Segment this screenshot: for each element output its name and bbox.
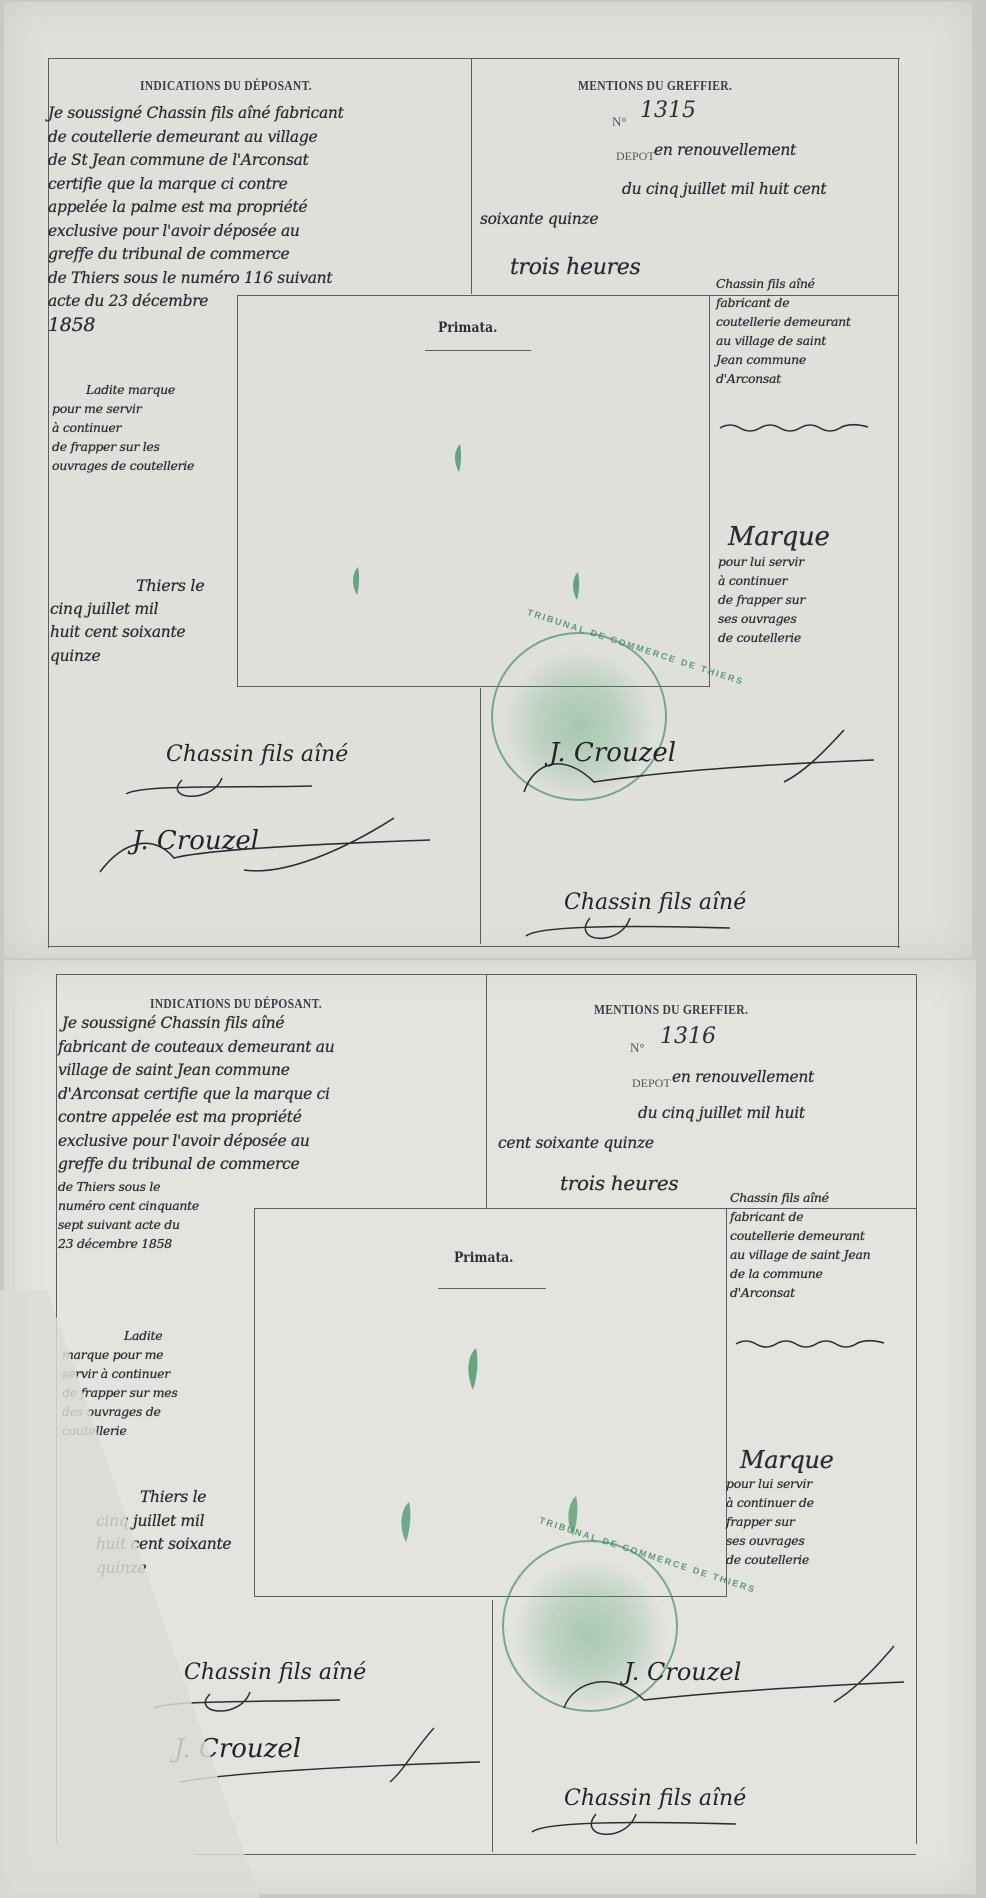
signature-flourish: [520, 908, 740, 948]
signature-chassin: Chassin fils aîné: [184, 1660, 366, 1685]
date-text-block: Thiers le cinq juillet mil huit cent soi…: [50, 574, 185, 668]
signature-chassin: Chassin fils aîné: [166, 742, 348, 767]
register-page-top: INDICATIONS DU DÉPOSANT. MENTIONS DU GRE…: [4, 2, 972, 958]
greffier-side-line: coutellerie demeurant: [716, 312, 851, 331]
deposant-line: numéro cent cinquante: [58, 1196, 334, 1215]
greffier-side-line: Chassin fils aîné: [716, 274, 851, 293]
depot-label: DEPOT: [632, 1076, 671, 1091]
date-line: Thiers le: [140, 1486, 275, 1510]
deposant-text-block: Je soussigné Chassin fils aîné fabricant…: [58, 1012, 334, 1253]
greffier-side-line: de la commune: [730, 1264, 870, 1283]
greffier-side-block: Chassin fils aîné fabricant de couteller…: [716, 274, 851, 388]
greffier-side-line: fabricant de: [730, 1207, 870, 1226]
specimen-box-left: [254, 1208, 255, 1596]
deposant-line: appelée la palme est ma propriété: [48, 196, 344, 220]
deposant-line: greffe du tribunal de commerce: [48, 243, 344, 267]
depot-line-3: soixante quinze: [480, 208, 598, 232]
specimen-box-left: [237, 295, 238, 687]
greffier-marque-line: Marque: [728, 522, 830, 552]
greffier-side-line: d'Arconsat: [716, 369, 851, 388]
specimen-box-right: [709, 295, 710, 687]
usage-line: Ladite: [124, 1326, 239, 1345]
signature-flourish: [122, 770, 322, 804]
usage-line: à continuer: [52, 418, 194, 437]
frame-right-rule: [916, 974, 917, 1844]
numero-label: N°: [612, 114, 627, 130]
heure-text: trois heures: [560, 1172, 678, 1196]
palm-mark-icon: [464, 1346, 482, 1394]
palm-mark-icon: [349, 565, 365, 599]
date-line: cinq juillet mil: [50, 598, 185, 622]
deposant-heading: INDICATIONS DU DÉPOSANT.: [140, 78, 312, 94]
date-line: quinze: [50, 645, 185, 669]
deposant-line: village de saint Jean commune: [58, 1059, 334, 1083]
deposant-text-block: Je soussigné Chassin fils aîné fabricant…: [48, 102, 344, 337]
deposant-line: exclusive pour l'avoir déposée au: [48, 220, 344, 244]
heure-text: trois heures: [510, 256, 641, 280]
deposant-line: de Thiers sous le numéro 116 suivant: [48, 267, 344, 291]
greffier-marque-line: ses ouvrages: [718, 609, 820, 628]
greffier-marque-line: pour lui servir: [718, 552, 820, 571]
deposant-line: Je soussigné Chassin fils aîné fabricant: [48, 102, 344, 126]
deposant-line: 23 décembre 1858: [58, 1234, 334, 1253]
date-line: huit cent soixante: [50, 621, 185, 645]
greffier-side-line: Jean commune: [716, 350, 851, 369]
deposant-line: contre appelée est ma propriété: [58, 1106, 334, 1130]
depot-line-2: du cinq juillet mil huit: [638, 1102, 805, 1126]
numero-value: 1315: [640, 98, 696, 123]
usage-line: servir à continuer: [62, 1364, 177, 1383]
wavy-line-icon: [718, 420, 878, 434]
deposant-heading: INDICATIONS DU DÉPOSANT.: [150, 996, 322, 1012]
usage-line: de frapper sur les: [52, 437, 194, 456]
deposant-line: de coutellerie demeurant au village: [48, 126, 344, 150]
deposant-line: certifie que la marque ci contre: [48, 173, 344, 197]
specimen-underline: [425, 350, 531, 351]
greffier-heading: MENTIONS DU GREFFIER.: [578, 78, 732, 94]
frame-bottom-rule: [194, 1854, 916, 1855]
depot-label: DEPOT: [616, 149, 655, 164]
greffier-heading: MENTIONS DU GREFFIER.: [594, 1002, 748, 1018]
signature-flourish: [504, 722, 884, 802]
greffier-side-line: Chassin fils aîné: [730, 1188, 870, 1207]
deposant-line: acte du 23 décembre: [48, 290, 344, 314]
palm-mark-icon: [451, 442, 467, 476]
numero-value: 1316: [660, 1024, 716, 1049]
signature-flourish: [94, 810, 444, 880]
column-divider-upper: [486, 974, 487, 1208]
frame-top-rule: [48, 58, 900, 59]
deposant-line: greffe du tribunal de commerce: [58, 1153, 334, 1177]
greffier-marque-line: de coutellerie: [718, 628, 820, 647]
palm-mark-icon: [397, 1500, 415, 1546]
depot-line-2: du cinq juillet mil huit cent: [622, 178, 826, 202]
wavy-line-icon: [734, 1336, 894, 1350]
signature-flourish: [174, 1720, 494, 1790]
greffier-marque-line: de coutellerie: [726, 1550, 820, 1569]
column-divider-upper: [471, 58, 472, 294]
usage-text-block: Ladite marque pour me servir à continuer…: [52, 380, 194, 475]
deposant-line: 1858: [48, 314, 344, 338]
greffier-side-line: d'Arconsat: [730, 1283, 870, 1302]
usage-line: Ladite marque: [86, 380, 228, 399]
depot-line-1: en renouvellement: [654, 139, 796, 163]
greffier-marque-line: ses ouvrages: [726, 1531, 820, 1550]
greffier-marque-line: à continuer: [718, 571, 820, 590]
greffier-marque-line: à continuer de: [726, 1493, 820, 1512]
specimen-label: Primata.: [438, 320, 497, 336]
date-line: Thiers le: [136, 574, 271, 598]
deposant-line: de St Jean commune de l'Arconsat: [48, 149, 344, 173]
signature-flourish: [554, 1640, 914, 1720]
greffier-marque-line: frapper sur: [726, 1512, 820, 1531]
usage-line: ouvrages de coutellerie: [52, 456, 194, 475]
usage-line: marque pour me: [62, 1345, 177, 1364]
column-divider-lower: [480, 688, 481, 944]
deposant-line: de Thiers sous le: [58, 1177, 334, 1196]
greffier-side-line: coutellerie demeurant: [730, 1226, 870, 1245]
greffier-marque-block: Marque pour lui servir à continuer de fr…: [726, 1446, 820, 1569]
depot-line-3: cent soixante quinze: [498, 1132, 654, 1156]
greffier-marque-block: Marque pour lui servir à continuer de fr…: [718, 522, 820, 647]
specimen-underline: [438, 1288, 546, 1289]
greffier-side-block: Chassin fils aîné fabricant de couteller…: [730, 1188, 870, 1302]
numero-label: N°: [630, 1040, 645, 1056]
frame-bottom-rule: [48, 946, 900, 947]
greffier-marque-line: pour lui servir: [726, 1474, 820, 1493]
greffier-marque-line: Marque: [740, 1446, 834, 1474]
signature-flourish: [526, 1806, 746, 1846]
specimen-label: Primata.: [454, 1250, 513, 1266]
greffier-side-line: au village de saint: [716, 331, 851, 350]
deposant-line: Je soussigné Chassin fils aîné: [62, 1012, 338, 1036]
depot-line-1: en renouvellement: [672, 1066, 814, 1090]
deposant-line: exclusive pour l'avoir déposée au: [58, 1130, 334, 1154]
palm-mark-icon: [569, 570, 585, 604]
usage-line: pour me servir: [52, 399, 194, 418]
frame-right-rule: [898, 58, 899, 948]
greffier-marque-line: de frapper sur: [718, 590, 820, 609]
deposant-line: fabricant de couteaux demeurant au: [58, 1036, 334, 1060]
greffier-side-line: au village de saint Jean: [730, 1245, 870, 1264]
deposant-line: sept suivant acte du: [58, 1215, 334, 1234]
deposant-line: d'Arconsat certifie que la marque ci: [58, 1083, 334, 1107]
greffier-side-line: fabricant de: [716, 293, 851, 312]
